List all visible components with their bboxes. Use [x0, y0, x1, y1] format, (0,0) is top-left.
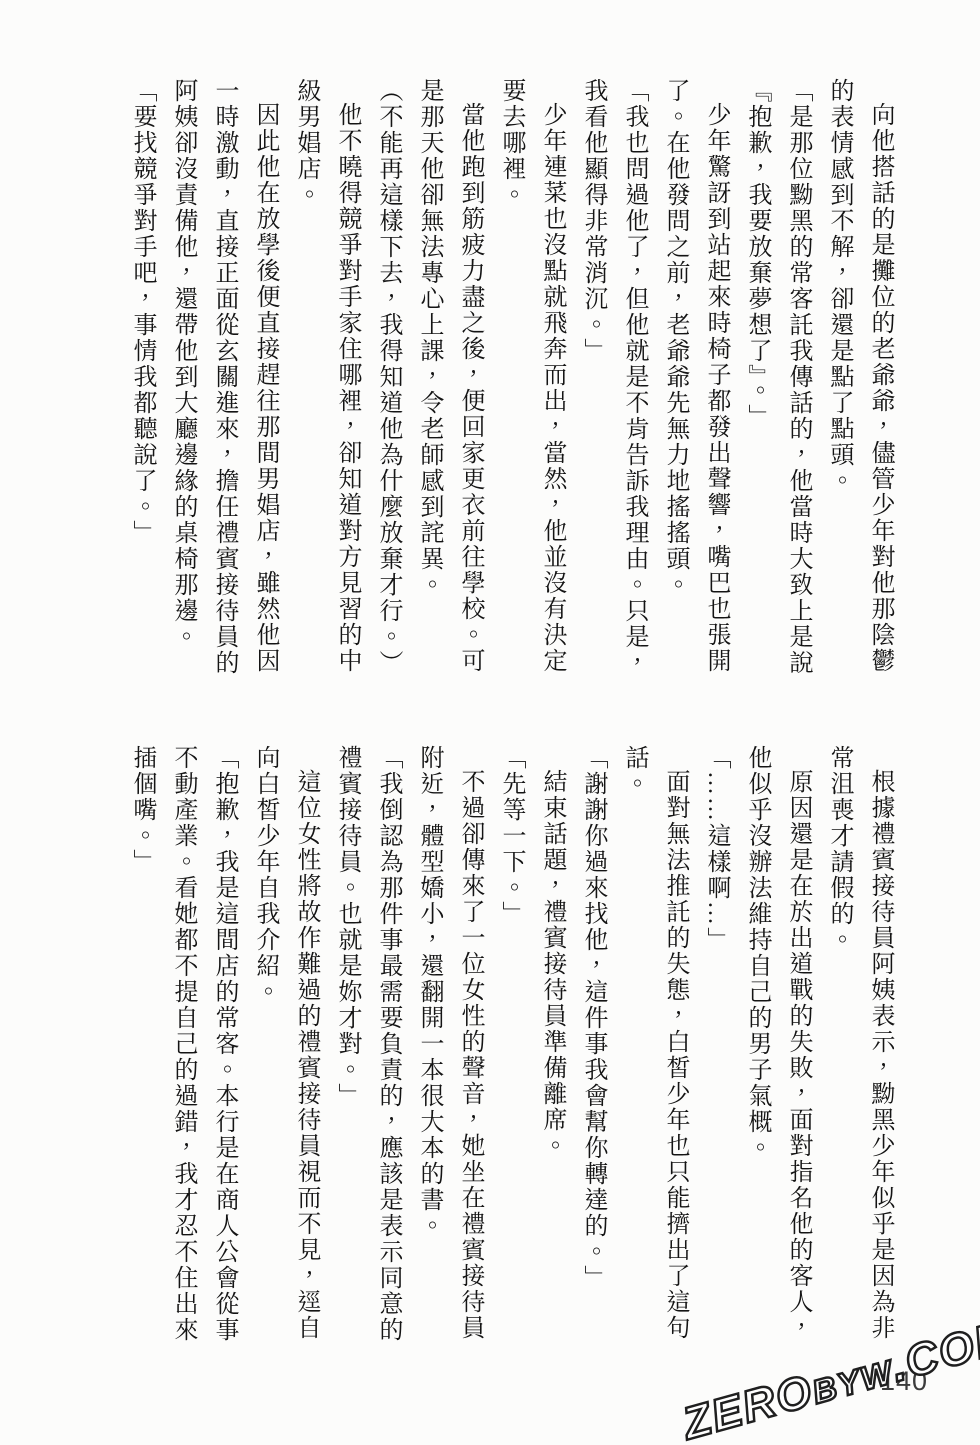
text-line: 根據禮賓接待員阿姨表示，黝黑少年似乎是因為非	[859, 745, 900, 1347]
text-line: 這位女性將故作難過的禮賓接待員視而不見，逕自	[285, 745, 326, 1347]
text-line: 「謝謝你過來找他，這件事我會幫你轉達的。」	[572, 745, 613, 1347]
text-line: （不能再這樣下去，我得知道他為什麼放棄才行。）	[367, 78, 408, 680]
text-line: 向白皙少年自我介紹。	[244, 745, 285, 1347]
text-line: 結束話題，禮賓接待員準備離席。	[531, 745, 572, 1347]
text-line: 了。在他發問之前，老爺爺先無力地搖搖頭。	[654, 78, 695, 680]
text-line: 阿姨卻沒責備他，還帶他到大廳邊緣的桌椅那邊。	[162, 78, 203, 680]
text-line: 的表情感到不解，卻還是點了點頭。	[818, 78, 859, 680]
watermark-text-byw: BYW	[808, 1353, 898, 1411]
text-line: 不過卻傳來了一位女性的聲音，她坐在禮賓接待員	[449, 745, 490, 1347]
text-line: 「是那位黝黑的常客託我傳話的，他當時大致上是說	[777, 78, 818, 680]
text-line: 『抱歉，我要放棄夢想了』。」	[736, 78, 777, 680]
text-line: 「先等一下。」	[490, 745, 531, 1347]
text-line: 插個嘴。」	[121, 745, 162, 1347]
bottom-text-block: 根據禮賓接待員阿姨表示，黝黑少年似乎是因為非常沮喪才請假的。原因還是在於出道戰的…	[121, 745, 900, 1347]
text-line: 話。	[613, 745, 654, 1347]
text-line: 我看他顯得非常消沉。」	[572, 78, 613, 680]
text-line: 「抱歉，我是這間店的常客。本行是在商人公會從事	[203, 745, 244, 1347]
text-line: 一時激動，直接正面從玄關進來，擔任禮賓接待員的	[203, 78, 244, 680]
text-line: 禮賓接待員。也就是妳才對。」	[326, 745, 367, 1347]
text-line: 因此他在放學後便直接趕往那間男娼店，雖然他因	[244, 78, 285, 680]
text-line: 級男娼店。	[285, 78, 326, 680]
text-line: 他似乎沒辦法維持自己的男子氣概。	[736, 745, 777, 1347]
text-line: 當他跑到筋疲力盡之後，便回家更衣前往學校。可	[449, 78, 490, 680]
text-line: 原因還是在於出道戰的失敗，面對指名他的客人，	[777, 745, 818, 1347]
text-line: 少年驚訝到站起來時椅子都發出聲響，嘴巴也張開	[695, 78, 736, 680]
text-line: 少年連菜也沒點就飛奔而出，當然，他並沒有決定	[531, 78, 572, 680]
watermark-text-zero: ZERO	[677, 1364, 819, 1445]
text-line: 常沮喪才請假的。	[818, 745, 859, 1347]
text-line: 不動產業。看她都不提自己的過錯，我才忍不住出來	[162, 745, 203, 1347]
novel-page: 向他搭話的是攤位的老爺爺，儘管少年對他那陰鬱的表情感到不解，卻還是點了點頭。「是…	[0, 0, 980, 1445]
text-line: 向他搭話的是攤位的老爺爺，儘管少年對他那陰鬱	[859, 78, 900, 680]
text-line: 他不曉得競爭對手家住哪裡，卻知道對方見習的中	[326, 78, 367, 680]
text-line: 「……這樣啊…」	[695, 745, 736, 1347]
top-text-block: 向他搭話的是攤位的老爺爺，儘管少年對他那陰鬱的表情感到不解，卻還是點了點頭。「是…	[121, 78, 900, 680]
text-line: 面對無法推託的失態，白皙少年也只能擠出了這句	[654, 745, 695, 1347]
text-line: 「我也問過他了，但他就是不肯告訴我理由。只是，	[613, 78, 654, 680]
text-line: 「我倒認為那件事最需要負責的，應該是表示同意的	[367, 745, 408, 1347]
text-line: 是那天他卻無法專心上課，令老師感到詫異。	[408, 78, 449, 680]
text-line: 附近，體型嬌小，還翻開一本很大本的書。	[408, 745, 449, 1347]
text-line: 要去哪裡。	[490, 78, 531, 680]
text-line: 「要找競爭對手吧，事情我都聽說了。」	[121, 78, 162, 680]
